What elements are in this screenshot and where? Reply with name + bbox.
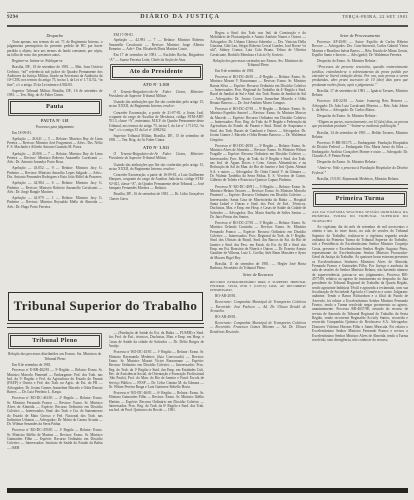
text-block: Processo: AP-26/81 — Autor: Espólio de C… xyxy=(312,40,408,57)
text-block: “Digam as partes, sucessivamente, em 10 … xyxy=(312,120,408,129)
text-block: Brasília, 15.9.81. Raymundo Medeiros, Mi… xyxy=(312,177,408,181)
text-block: Relação dos processos distribuídos aos E… xyxy=(7,352,103,361)
text-block: Brasília, 11 de setembro de 1981. — Hegl… xyxy=(210,262,306,271)
text-block: Despacho do Exmo. Sr. Ministro Relator: xyxy=(312,59,408,63)
section-double-rule xyxy=(7,323,204,328)
heading-despacho: Despacho xyxy=(7,34,103,38)
text-block: Processo nº E-RR-482/81 — 5ª Região — Re… xyxy=(7,368,103,394)
text-block: Brasília, DF., 18 de setembro de 1981. —… xyxy=(7,65,103,87)
text-block: Em 8 de setembro de 1981. xyxy=(7,363,103,367)
text-block: Apelação — 43.041 — 5 — Relator: Ministr… xyxy=(7,137,103,150)
text-block: Em 18-09-81. xyxy=(7,131,103,135)
text-block: Apelação — 42.984 — 6 — Relator: Ministr… xyxy=(7,181,103,194)
tribunal-superior-trabalho-box: Tribunal Superior do Trabalho xyxy=(8,292,203,321)
header-rule-top xyxy=(7,12,408,13)
gazette-page: 9294 DIÁRIO DA JUSTIÇA TERÇA-FEIRA, 22 S… xyxy=(0,0,414,500)
ato-presidente-box: Ato do Presidente xyxy=(112,66,202,78)
right-columns: Regou o Sind. dos Trab. nas Ind. da Cons… xyxy=(210,31,408,486)
text-block: “Junte-se. Volte o processo à Fundação H… xyxy=(312,166,408,175)
text-block: Processo nº RO-DC-46/81 — 6ª Região — Re… xyxy=(109,391,205,413)
page-number: 9294 xyxy=(7,15,18,20)
text-block: Ao vigésimo dia do mês de setembro de mi… xyxy=(312,225,408,342)
pauta-number: PAUTA Nº 118 xyxy=(7,119,103,123)
column-3: Regou o Sind. dos Trab. nas Ind. da Cons… xyxy=(210,31,306,486)
text-block: Relação dos processos sorteados aos Exmo… xyxy=(210,59,306,68)
text-block: Superior Tribunal Militar, Brasília, DF.… xyxy=(109,134,205,143)
text-block: Processo Nº RO-DC-49/81 — 3ª Região — Re… xyxy=(210,185,306,220)
issue-date: TERÇA-FEIRA, 22 SET 1981 xyxy=(342,14,408,19)
text-block: Processo nº RO-DC-45/81 — 1ª Região — Re… xyxy=(109,350,205,389)
text-block: Recorrente: Companhia Municipal de Trans… xyxy=(210,300,306,313)
text-block: Processo nº RO-DC-476/81 — 1ª Região — R… xyxy=(7,428,103,450)
text-block: Processo nº RO-DC-461/81 — 2ª Região — R… xyxy=(7,396,103,426)
text-block: Recorrente: Companhia Municipal de Trans… xyxy=(210,321,306,334)
text-block: Processo nº RO-DC-46/81 — 4ª Região — Re… xyxy=(210,75,306,105)
tribunal-pleno-box: Tribunal Pleno xyxy=(10,335,100,347)
tribunal-superior-trabalho-title: Tribunal Superior do Trabalho xyxy=(14,298,198,313)
text-block: Brasília, 14 de setembro de 1981 — Heliã… xyxy=(312,131,408,140)
text-block: “Processos da presente rescisória, quest… xyxy=(312,65,408,87)
text-block: Superior Tribunal Militar, Brasília, DF.… xyxy=(7,89,103,98)
header-rule-bottom xyxy=(7,25,408,27)
text-block: Brasília, 17 de setembro de 1981 — Ignác… xyxy=(312,89,408,98)
page-header: 9294 DIÁRIO DA JUSTIÇA TERÇA-FEIRA, 22 S… xyxy=(7,12,408,28)
text-block: RECURSO EXTRAORDINÁRIO PARA O SUPREMO TR… xyxy=(210,280,306,293)
text-block: Apelação — 42.981 — 7 — Relator: Ministr… xyxy=(109,38,205,51)
text-block: Usando das atribuições que lhe são confe… xyxy=(109,100,205,109)
column-2-bottom: — (Fundação de Saúde do Est. da Bahia — … xyxy=(109,331,205,494)
text-block: Registre-se. Intime-se. Publique-se. xyxy=(7,59,103,63)
gazette-title: DIÁRIO DA JUSTIÇA xyxy=(140,14,220,20)
column-1-top: DespachoTrata apenas, nos termos do art.… xyxy=(7,31,103,289)
left-columns: DespachoTrata apenas, nos termos do art.… xyxy=(7,31,204,486)
text-block: RO-AR-49/81. xyxy=(210,315,306,319)
divider-rule xyxy=(312,184,408,189)
text-block: Processo nº RO-DC-47/81 — 9ª Região — Re… xyxy=(210,107,306,142)
column-1-bottom: Tribunal PlenoRelação dos processos dist… xyxy=(7,331,103,494)
column-4: Setor de ProcessamentoProcesso: AP-26/81… xyxy=(312,31,408,486)
ato-number: ATO Nº 3.911 xyxy=(109,146,205,150)
text-block: Despacho do Exmo. Sr. Ministro Relator: xyxy=(312,114,408,118)
pauta-box: Pauta xyxy=(10,101,100,113)
text-block: Despacho do Exmo. Sr. Ministro Relator: xyxy=(312,160,408,164)
text-block: Em 8 de setembro de 1981. xyxy=(210,69,306,73)
text-block: — (Fundação de Saúde do Est. da Bahia — … xyxy=(109,331,205,348)
bottom-rule xyxy=(7,488,408,493)
column-2-top: EM 17-09-81.Apelação — 42.981 — 7 — Rela… xyxy=(109,31,205,289)
text-block: O Tenente-Brigadeiro-do-Ar Faber Cintra,… xyxy=(109,152,205,161)
text-block: Conceder Exoneração, a partir de 16-09-8… xyxy=(109,173,205,190)
text-block: Em 17 de setembro de 1981. — Euclides Ro… xyxy=(109,53,205,62)
text-block: Brasília, DF., 16 de setembro de 1981. —… xyxy=(109,192,205,201)
text-block: Processo nº RO-DC-48/81 — 3ª Região — Re… xyxy=(210,144,306,183)
text-block: Processo: E-RR-581/75 — Embargante: Fund… xyxy=(312,141,408,158)
text-block: O Tenente-Brigadeiro-do-Ar Faber Cintra,… xyxy=(109,90,205,99)
text-block: Regou o Sind. dos Trab. nas Ind. da Cons… xyxy=(210,31,306,57)
text-block: Processos para julgamento xyxy=(7,125,103,129)
heading-setor-processamento: Setor de Processamento xyxy=(312,34,408,38)
text-block: EM 17-09-81. xyxy=(109,33,205,37)
text-block: Processo: AR-22/81 — Autor: Ivanovig Rei… xyxy=(312,99,408,112)
text-block: Processo nº RO-DC-27/81 — 1ª Região — Re… xyxy=(210,221,306,260)
text-block: Apelação — 43.052 — 9 — Relator: Ministr… xyxy=(7,166,103,179)
text-block: Usando das atribuições que lhe são confe… xyxy=(109,163,205,172)
text-block: ATA DA VIGÉSIMA SEGUNDA SESSÃO ORDINÁRIA… xyxy=(312,210,408,223)
ato-number: ATO Nº 3.910 xyxy=(109,83,205,87)
primeira-turma-box: Primeira Turma xyxy=(315,193,405,205)
text-block: Trata apenas, nos termos do art. 71 do R… xyxy=(7,40,103,57)
heading-setor-recursos: Setor de Recursos xyxy=(210,273,306,277)
text-block: Apelação — 43.006 — 7 — Relator: Ministr… xyxy=(7,152,103,165)
text-block: RO-AR-20/81. xyxy=(210,294,306,298)
text-block: Apelação — 42.979 — 1 — Relator: Ministr… xyxy=(7,196,103,209)
text-block: Conceder Exoneração, a partir de 21-07-8… xyxy=(109,111,205,133)
